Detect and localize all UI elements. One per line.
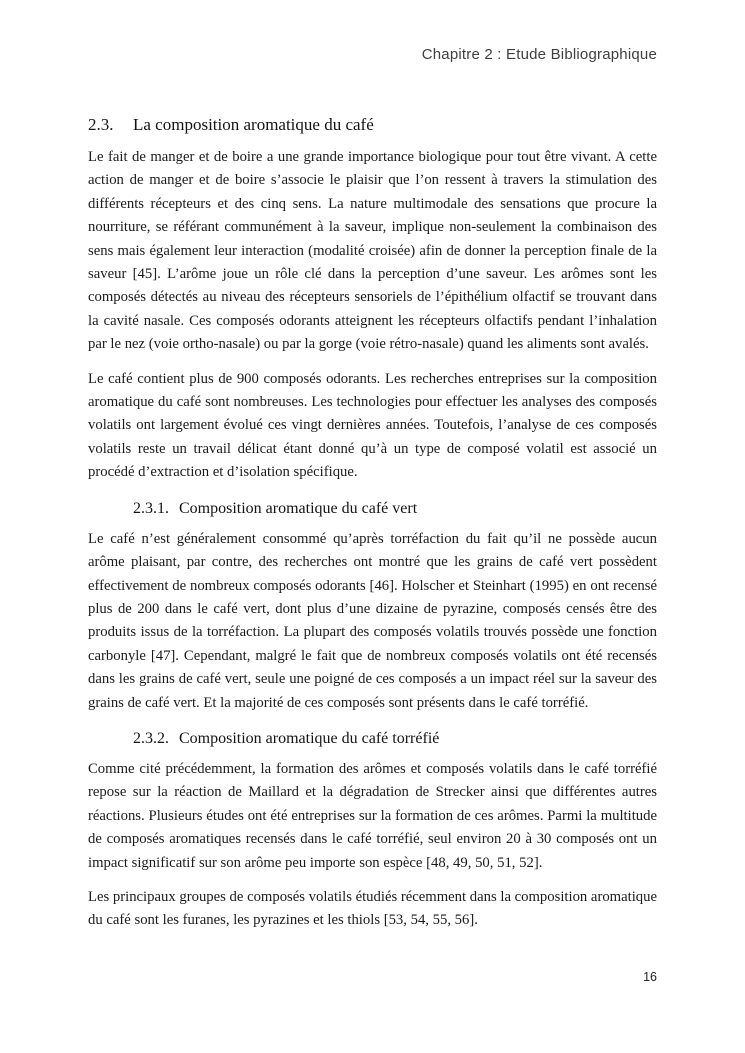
paragraph-900-composes: Le café contient plus de 900 composés od… <box>88 368 657 485</box>
subsection-number: 2.3.2. <box>133 730 169 747</box>
section-number: 2.3. <box>88 115 133 135</box>
section-heading-2-3-1: 2.3.1.Composition aromatique du café ver… <box>88 500 657 518</box>
subsection-title: Composition aromatique du café vert <box>179 500 417 517</box>
section-heading-2-3: 2.3.La composition aromatique du café <box>88 115 657 135</box>
paragraph-cafe-vert: Le café n’est généralement consommé qu’a… <box>88 528 657 715</box>
page-content: 2.3.La composition aromatique du café Le… <box>88 115 657 944</box>
paragraph-groupes-volatils: Les principaux groupes de composés volat… <box>88 886 657 933</box>
paragraph-cafe-torrefie: Comme cité précédemment, la formation de… <box>88 758 657 875</box>
running-header-chapter: Chapitre 2 : Etude Bibliographique <box>422 46 657 63</box>
subsection-title: Composition aromatique du café torréfié <box>179 730 439 747</box>
subsection-number: 2.3.1. <box>133 500 169 517</box>
section-title: La composition aromatique du café <box>133 115 374 134</box>
document-page: Chapitre 2 : Etude Bibliographique 2.3.L… <box>0 0 745 1053</box>
page-number: 16 <box>643 970 657 984</box>
paragraph-flavor-perception: Le fait de manger et de boire a une gran… <box>88 146 657 357</box>
section-heading-2-3-2: 2.3.2.Composition aromatique du café tor… <box>88 730 657 748</box>
